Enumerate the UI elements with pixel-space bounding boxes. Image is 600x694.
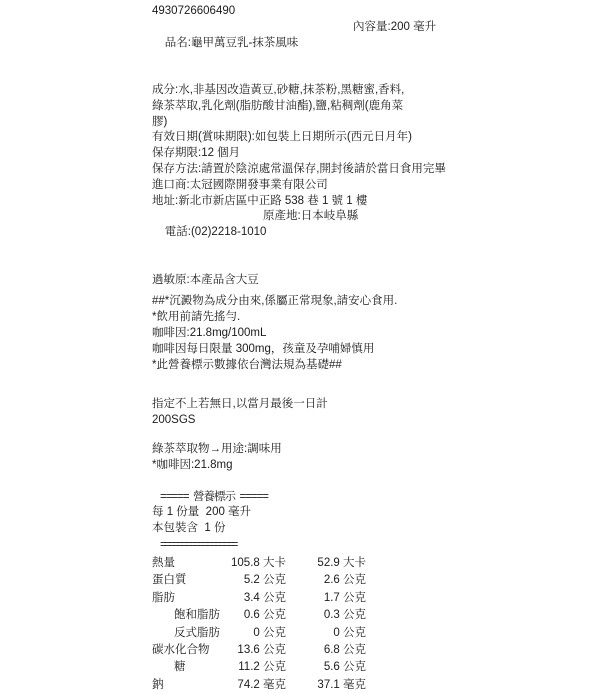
caffeine-amount-note: *咖啡因:21.8mg bbox=[152, 458, 482, 474]
product-name-line: 品名:龜甲萬豆乳-抹茶風味 內容量:200 毫升 bbox=[152, 20, 482, 83]
shelf-life-line: 保存期限:12 個月 bbox=[152, 146, 482, 162]
nutrient-per-serving: 105.8 大卡 bbox=[224, 555, 286, 572]
nutrient-per-100ml: 52.9 大卡 bbox=[286, 555, 366, 572]
storage-method-line: 保存方法:請置於陰涼處常溫保存,開封後請於當日食用完畢 bbox=[152, 162, 482, 178]
nutrient-name: 蛋白質 bbox=[152, 572, 224, 589]
nutrient-per-serving: 3.4 公克 bbox=[224, 590, 286, 600]
nutrient-per-100ml: 1.7 公克 bbox=[286, 590, 366, 600]
nutrient-per-100ml: 2.6 公克 bbox=[286, 572, 366, 589]
sgs-code: 200SGS bbox=[152, 413, 482, 429]
nutrition-table: 熱量 105.8 大卡 52.9 大卡 蛋白質 5.2 公克 2.6 公克 脂肪… bbox=[152, 553, 482, 600]
nutrition-row-fat: 脂肪 3.4 公克 1.7 公克 bbox=[152, 590, 482, 600]
allergen-line: 過敏原:本產品含大豆 bbox=[152, 273, 482, 289]
caffeine-daily-limit-note: 咖啡因每日限量 300mg，孩童及孕哺婦慎用 bbox=[152, 342, 482, 358]
date-designation-note: 指定不上若無日,以當月最後一日計 bbox=[152, 397, 482, 413]
product-label-document: 4930726606490 品名:龜甲萬豆乳-抹茶風味 內容量:200 毫升 成… bbox=[152, 4, 482, 600]
nutrition-row-protein: 蛋白質 5.2 公克 2.6 公克 bbox=[152, 572, 482, 589]
spacer bbox=[152, 474, 482, 490]
caffeine-content-note: 咖啡因:21.8mg/100mL bbox=[152, 326, 482, 342]
net-content: 內容量:200 毫升 bbox=[353, 20, 436, 36]
spacer bbox=[152, 373, 482, 397]
nutrition-divider: ================== bbox=[152, 537, 482, 553]
taiwan-regulation-note: *此營養標示數據依台灣法規為基礎## bbox=[152, 358, 482, 374]
green-tea-extract-usage-note: 綠茶萃取物→用途:調味用 bbox=[152, 442, 482, 458]
address-line: 地址:新北市新店區中正路 538 巷 1 號 1 樓 bbox=[152, 194, 482, 210]
barcode-number: 4930726606490 bbox=[152, 4, 482, 20]
product-name: 品名:龜甲萬豆乳-抹茶風味 bbox=[165, 37, 299, 49]
nutrition-row-calories: 熱量 105.8 大卡 52.9 大卡 bbox=[152, 555, 482, 572]
nutrient-name: 熱量 bbox=[152, 555, 224, 572]
nutrient-per-serving: 5.2 公克 bbox=[224, 572, 286, 589]
phone-number: 電話:(02)2218-1010 bbox=[165, 226, 267, 238]
shake-before-drinking-note: *飲用前請先搖勻. bbox=[152, 310, 482, 326]
contact-line: 電話:(02)2218-1010 原產地:日本岐阜縣 bbox=[152, 209, 482, 272]
nutrition-facts-title: ===== 營養標示 ===== bbox=[152, 490, 482, 506]
nutrient-name: 脂肪 bbox=[152, 590, 224, 600]
serving-size-line: 每 1 份量 200 毫升 bbox=[152, 505, 482, 521]
ingredients-line-2: 綠茶萃取,乳化劑(脂肪酸甘油酯),鹽,粘稠劑(鹿角菜 bbox=[152, 99, 482, 115]
ingredients-line-1: 成分:水,非基因改造黃豆,砂糖,抹茶粉,黑糖蜜,香料, bbox=[152, 83, 482, 99]
country-of-origin: 原產地:日本岐阜縣 bbox=[263, 209, 358, 225]
ingredients-line-3: 膠) bbox=[152, 115, 482, 131]
sediment-note: ##*沉澱物為成分由來,係屬正常現象,請安心食用. bbox=[152, 294, 482, 310]
importer-line: 進口商:太冠國際開發事業有限公司 bbox=[152, 178, 482, 194]
spacer bbox=[152, 429, 482, 442]
servings-per-package-line: 本包裝含 1 份 bbox=[152, 521, 482, 537]
expiry-date-line: 有效日期(賞味期限):如包裝上日期所示(西元日月年) bbox=[152, 130, 482, 146]
